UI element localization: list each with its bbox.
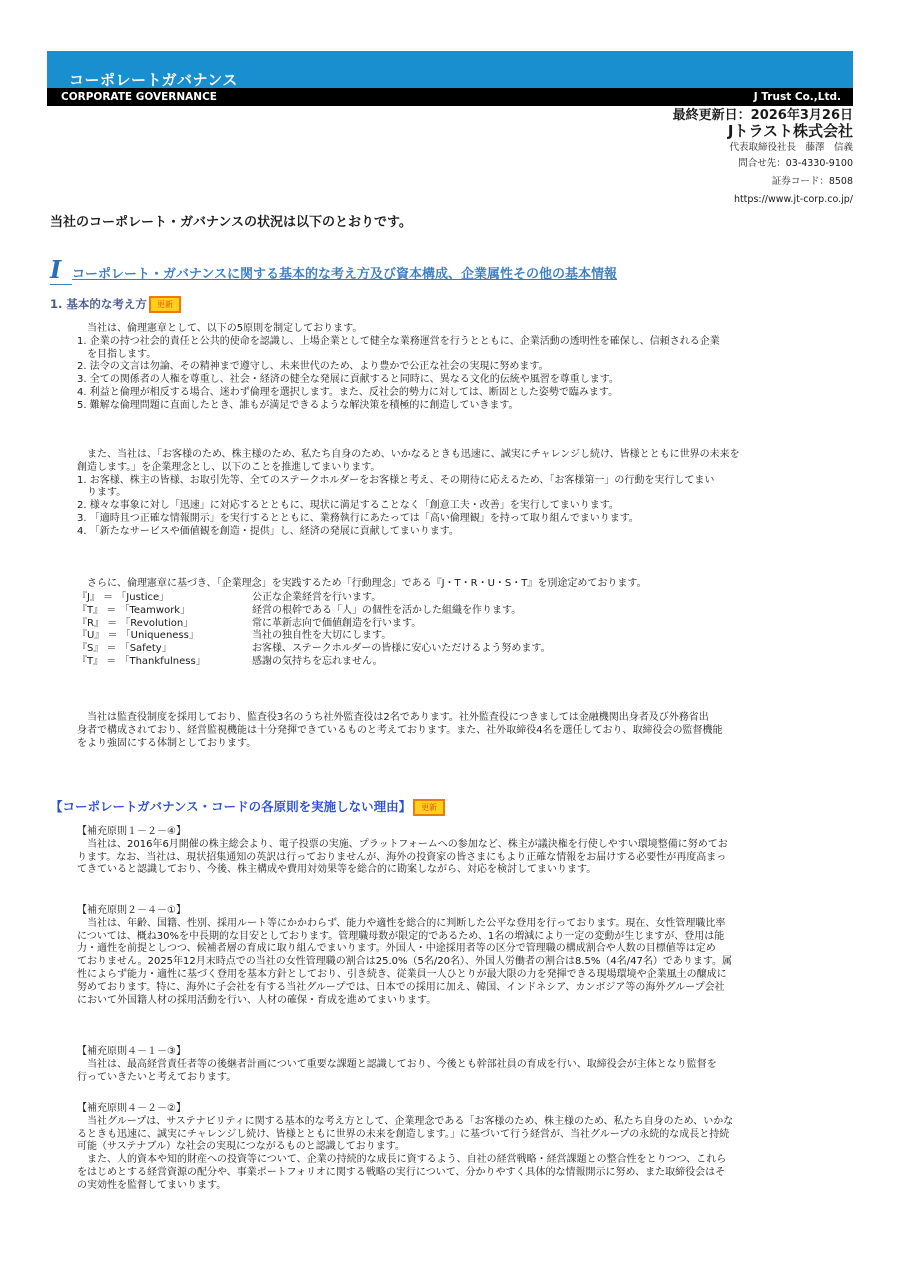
section-1-title: コーポレート・ガバナンスに関する基本的な考え方及び資本構成、企業属性その他の基本… xyxy=(72,267,617,282)
jtrust-desc: お客様、ステークホルダーの皆様に安心いただけるよう努めます。 xyxy=(252,643,551,656)
last-updated: 最終更新日：2026年3月26日 xyxy=(673,108,853,123)
principle-line: てきていると認識しており、今後、株主構成や費用対効果等を総合的に勘案しながら、対… xyxy=(77,864,837,877)
jtrust-list: 『J』 ＝ 「Justice」公正な企業経営を行います。 『T』 ＝ 「Team… xyxy=(77,592,551,669)
principle-label: 【補充原則４－２－②】 xyxy=(77,1103,837,1116)
representative: 代表取締役社長 藤澤 信義 xyxy=(673,141,853,155)
principle-line: 性によらず能力・適性に基づく登用を基本方針としており、引き続き、従業員一人ひとり… xyxy=(77,969,837,982)
philosophy-item: ります。 xyxy=(77,487,837,500)
principle-line: 可能（サステナブル）な社会の実現につながるものと認識しております。 xyxy=(77,1141,837,1154)
principle-line: るときも迅速に、誠実にチャレンジし続け、皆様とともに世界の未来を創造します。」に… xyxy=(77,1129,837,1142)
principle-line: 努めております。特に、海外に子会社を有する当社グループでは、日本での採用に加え、… xyxy=(77,982,837,995)
philosophy-item: 2. 様々な事象に対し「迅速」に対応するとともに、現状に満足することなく「創意工… xyxy=(77,500,837,513)
principle-label: 【補充原則１－２－④】 xyxy=(77,826,837,839)
jtrust-key: 『T』 ＝ 「Teamwork」 xyxy=(77,605,252,618)
ethics-item: 3. 全ての関係者の人権を尊重し、社会・経済の健全な発展に貢献すると同時に、異な… xyxy=(77,374,837,387)
jtrust-row: 『T』 ＝ 「Thankfulness」感謝の気持ちを忘れません。 xyxy=(77,656,551,669)
banner-title: コーポレートガバナンス xyxy=(69,69,238,90)
ethics-item: 2. 法令の文言は勿論、その精神まで遵守し、未来世代のため、より豊かで公正な社会… xyxy=(77,361,837,374)
principle-line: をはじめとする経営資源の配分や、事業ポートフォリオに関する戦略の実行について、分… xyxy=(77,1167,837,1180)
jtrust-key: 『J』 ＝ 「Justice」 xyxy=(77,592,252,605)
principle-line: ります。なお、当社は、現状招集通知の英訳は行っておりませんが、海外の投資家の皆さ… xyxy=(77,852,837,865)
audit-line: をより強固にする体制としております。 xyxy=(77,738,837,751)
jtrust-desc: 感謝の気持ちを忘れません。 xyxy=(252,656,383,669)
jtrust-key: 『U』 ＝ 「Uniqueness」 xyxy=(77,630,252,643)
header-subbar: CORPORATE GOVERNANCE J Trust Co.,Ltd. xyxy=(47,88,853,106)
jtrust-key: 『T』 ＝ 「Thankfulness」 xyxy=(77,656,252,669)
section-1-heading: Iコーポレート・ガバナンスに関する基本的な考え方及び資本構成、企業属性その他の基… xyxy=(50,255,810,285)
banner-subtitle: CORPORATE GOVERNANCE xyxy=(61,91,217,103)
principle-line: 力・適性を前提としつつ、候補者層の育成に取り組んでまいります。外国人・中途採用者… xyxy=(77,943,837,956)
philosophy-intro: また、当社は、「お客様のため、株主様のため、私たち自身のため、いかなるときも迅速… xyxy=(77,449,837,462)
principle-line: ておりません。2025年12月末時点での当社の女性管理職の割合は25.0%（5名… xyxy=(77,956,837,969)
principle-line: また、人的資本や知的財産への投資等について、企業の持続的な成長に資するよう、自社… xyxy=(77,1154,837,1167)
principle-label: 【補充原則２－４－①】 xyxy=(77,905,837,918)
intro-text: 当社のコーポレート・ガバナンスの状況は以下のとおりです。 xyxy=(50,211,412,230)
principle-4-1-3: 【補充原則４－１－③】 当社は、最高経営責任者等の後継者計画について重要な課題と… xyxy=(77,1046,837,1084)
jtrust-row: 『U』 ＝ 「Uniqueness」当社の独自性を大切にします。 xyxy=(77,630,551,643)
company-url[interactable]: https://www.jt-corp.co.jp/ xyxy=(673,191,853,209)
jtrust-desc: 常に革新志向で価値創造を行います。 xyxy=(252,618,421,631)
ethics-item: 1. 企業の持つ社会的責任と公共的使命を認識し、上場企業として健全な業務運営を行… xyxy=(77,336,837,349)
principle-line: 当社は、年齢、国籍、性別、採用ルート等にかかわらず、能力や適性を総合的に判断した… xyxy=(77,918,837,931)
securities-code: 証券コード：8508 xyxy=(673,173,853,191)
principle-line: 行っていきたいと考えております。 xyxy=(77,1072,837,1085)
principle-line: において外国籍人材の採用活動を行い、人材の確保・育成を進めてまいります。 xyxy=(77,995,837,1008)
corporate-philosophy: また、当社は、「お客様のため、株主様のため、私たち自身のため、いかなるときも迅速… xyxy=(77,449,837,539)
jtrust-desc: 経営の根幹である「人」の個性を活かした組織を作ります。 xyxy=(252,605,521,618)
header-banner: コーポレートガバナンス xyxy=(47,51,853,88)
ethics-intro: 当社は、倫理憲章として、以下の5原則を制定しております。 xyxy=(77,323,837,336)
principle-1-2-4: 【補充原則１－２－④】 当社は、2016年6月開催の株主総会より、電子投票の実施… xyxy=(77,826,837,877)
company-name-en: J Trust Co.,Ltd. xyxy=(754,91,841,103)
basic-policy-heading: 1. 基本的な考え方更新 xyxy=(50,296,181,313)
jtrust-row: 『T』 ＝ 「Teamwork」経営の根幹である「人」の個性を活かした組織を作り… xyxy=(77,605,551,618)
jtrust-key: 『R』 ＝ 「Revolution」 xyxy=(77,618,252,631)
principle-line: 当社グループは、サステナビリティに関する基本的な考え方として、企業理念である「お… xyxy=(77,1116,837,1129)
jtrust-key: 『S』 ＝ 「Safety」 xyxy=(77,643,252,656)
jtrust-row: 『J』 ＝ 「Justice」公正な企業経営を行います。 xyxy=(77,592,551,605)
philosophy-item: 1. お客様、株主の皆様、お取引先等、全てのステークホルダーをお客様と考え、その… xyxy=(77,475,837,488)
philosophy-item: 3. 「適時且つ正確な情報開示」を実行するとともに、業務執行にあたっては「高い倫… xyxy=(77,513,837,526)
principle-line: の実効性を監督してまいります。 xyxy=(77,1180,837,1193)
jtrust-desc: 公正な企業経営を行います。 xyxy=(252,592,381,605)
principle-line: 当社は、2016年6月開催の株主総会より、電子投票の実施、プラットフォームへの参… xyxy=(77,839,837,852)
company-name-ja: Jトラスト株式会社 xyxy=(673,123,853,140)
philosophy-intro: 創造します。」を企業理念とし、以下のことを推進してまいります。 xyxy=(77,462,837,475)
updated-badge: 更新 xyxy=(413,799,445,816)
principle-4-2-2: 【補充原則４－２－②】 当社グループは、サステナビリティに関する基本的な考え方と… xyxy=(77,1103,837,1193)
principle-label: 【補充原則４－１－③】 xyxy=(77,1046,837,1059)
contact-phone: 問合せ先：03-4330-9100 xyxy=(673,155,853,173)
noncompliance-heading: 【コーポレートガバナンス・コードの各原則を実施しない理由】更新 xyxy=(50,797,445,816)
jtrust-row: 『R』 ＝ 「Revolution」常に革新志向で価値創造を行います。 xyxy=(77,618,551,631)
ethics-item: 4. 利益と倫理が相反する場合、迷わず倫理を選択します。また、反社会的勢力に対し… xyxy=(77,387,837,400)
jtrust-intro: さらに、倫理憲章に基づき、「企業理念」を実践するため「行動理念」である『J・T・… xyxy=(77,578,837,591)
jtrust-row: 『S』 ＝ 「Safety」お客様、ステークホルダーの皆様に安心いただけるよう努… xyxy=(77,643,551,656)
company-meta: 最終更新日：2026年3月26日 Jトラスト株式会社 代表取締役社長 藤澤 信義… xyxy=(673,108,853,209)
section-numeral: I xyxy=(50,255,72,285)
principle-line: 当社は、最高経営責任者等の後継者計画について重要な課題と認識しており、今後とも幹… xyxy=(77,1059,837,1072)
philosophy-item: 4. 「新たなサービスや価値観を創造・提供」し、経済の発展に貢献してまいります。 xyxy=(77,526,837,539)
principle-2-4-1: 【補充原則２－４－①】 当社は、年齢、国籍、性別、採用ルート等にかかわらず、能力… xyxy=(77,905,837,1007)
jtrust-desc: 当社の独自性を大切にします。 xyxy=(252,630,391,643)
audit-line: 身者で構成されており、経営監視機能は十分発揮できているものと考えております。また… xyxy=(77,725,837,738)
audit-line: 当社は監査役制度を採用しており、監査役3名のうち社外監査役は2名であります。社外… xyxy=(77,712,837,725)
noncompliance-title: 【コーポレートガバナンス・コードの各原則を実施しない理由】 xyxy=(50,799,411,814)
updated-badge: 更新 xyxy=(149,296,181,313)
principle-line: については、概ね30%を中長期的な目安としております。管理職母数が限定的であるた… xyxy=(77,931,837,944)
ethics-item: を目指します。 xyxy=(77,349,837,362)
audit-structure: 当社は監査役制度を採用しており、監査役3名のうち社外監査役は2名であります。社外… xyxy=(77,712,837,750)
ethics-charter: 当社は、倫理憲章として、以下の5原則を制定しております。 1. 企業の持つ社会的… xyxy=(77,323,837,413)
ethics-item: 5. 難解な倫理問題に直面したとき、誰もが満足できるような解決策を積極的に創造し… xyxy=(77,400,837,413)
basic-policy-title: 1. 基本的な考え方 xyxy=(50,297,147,311)
